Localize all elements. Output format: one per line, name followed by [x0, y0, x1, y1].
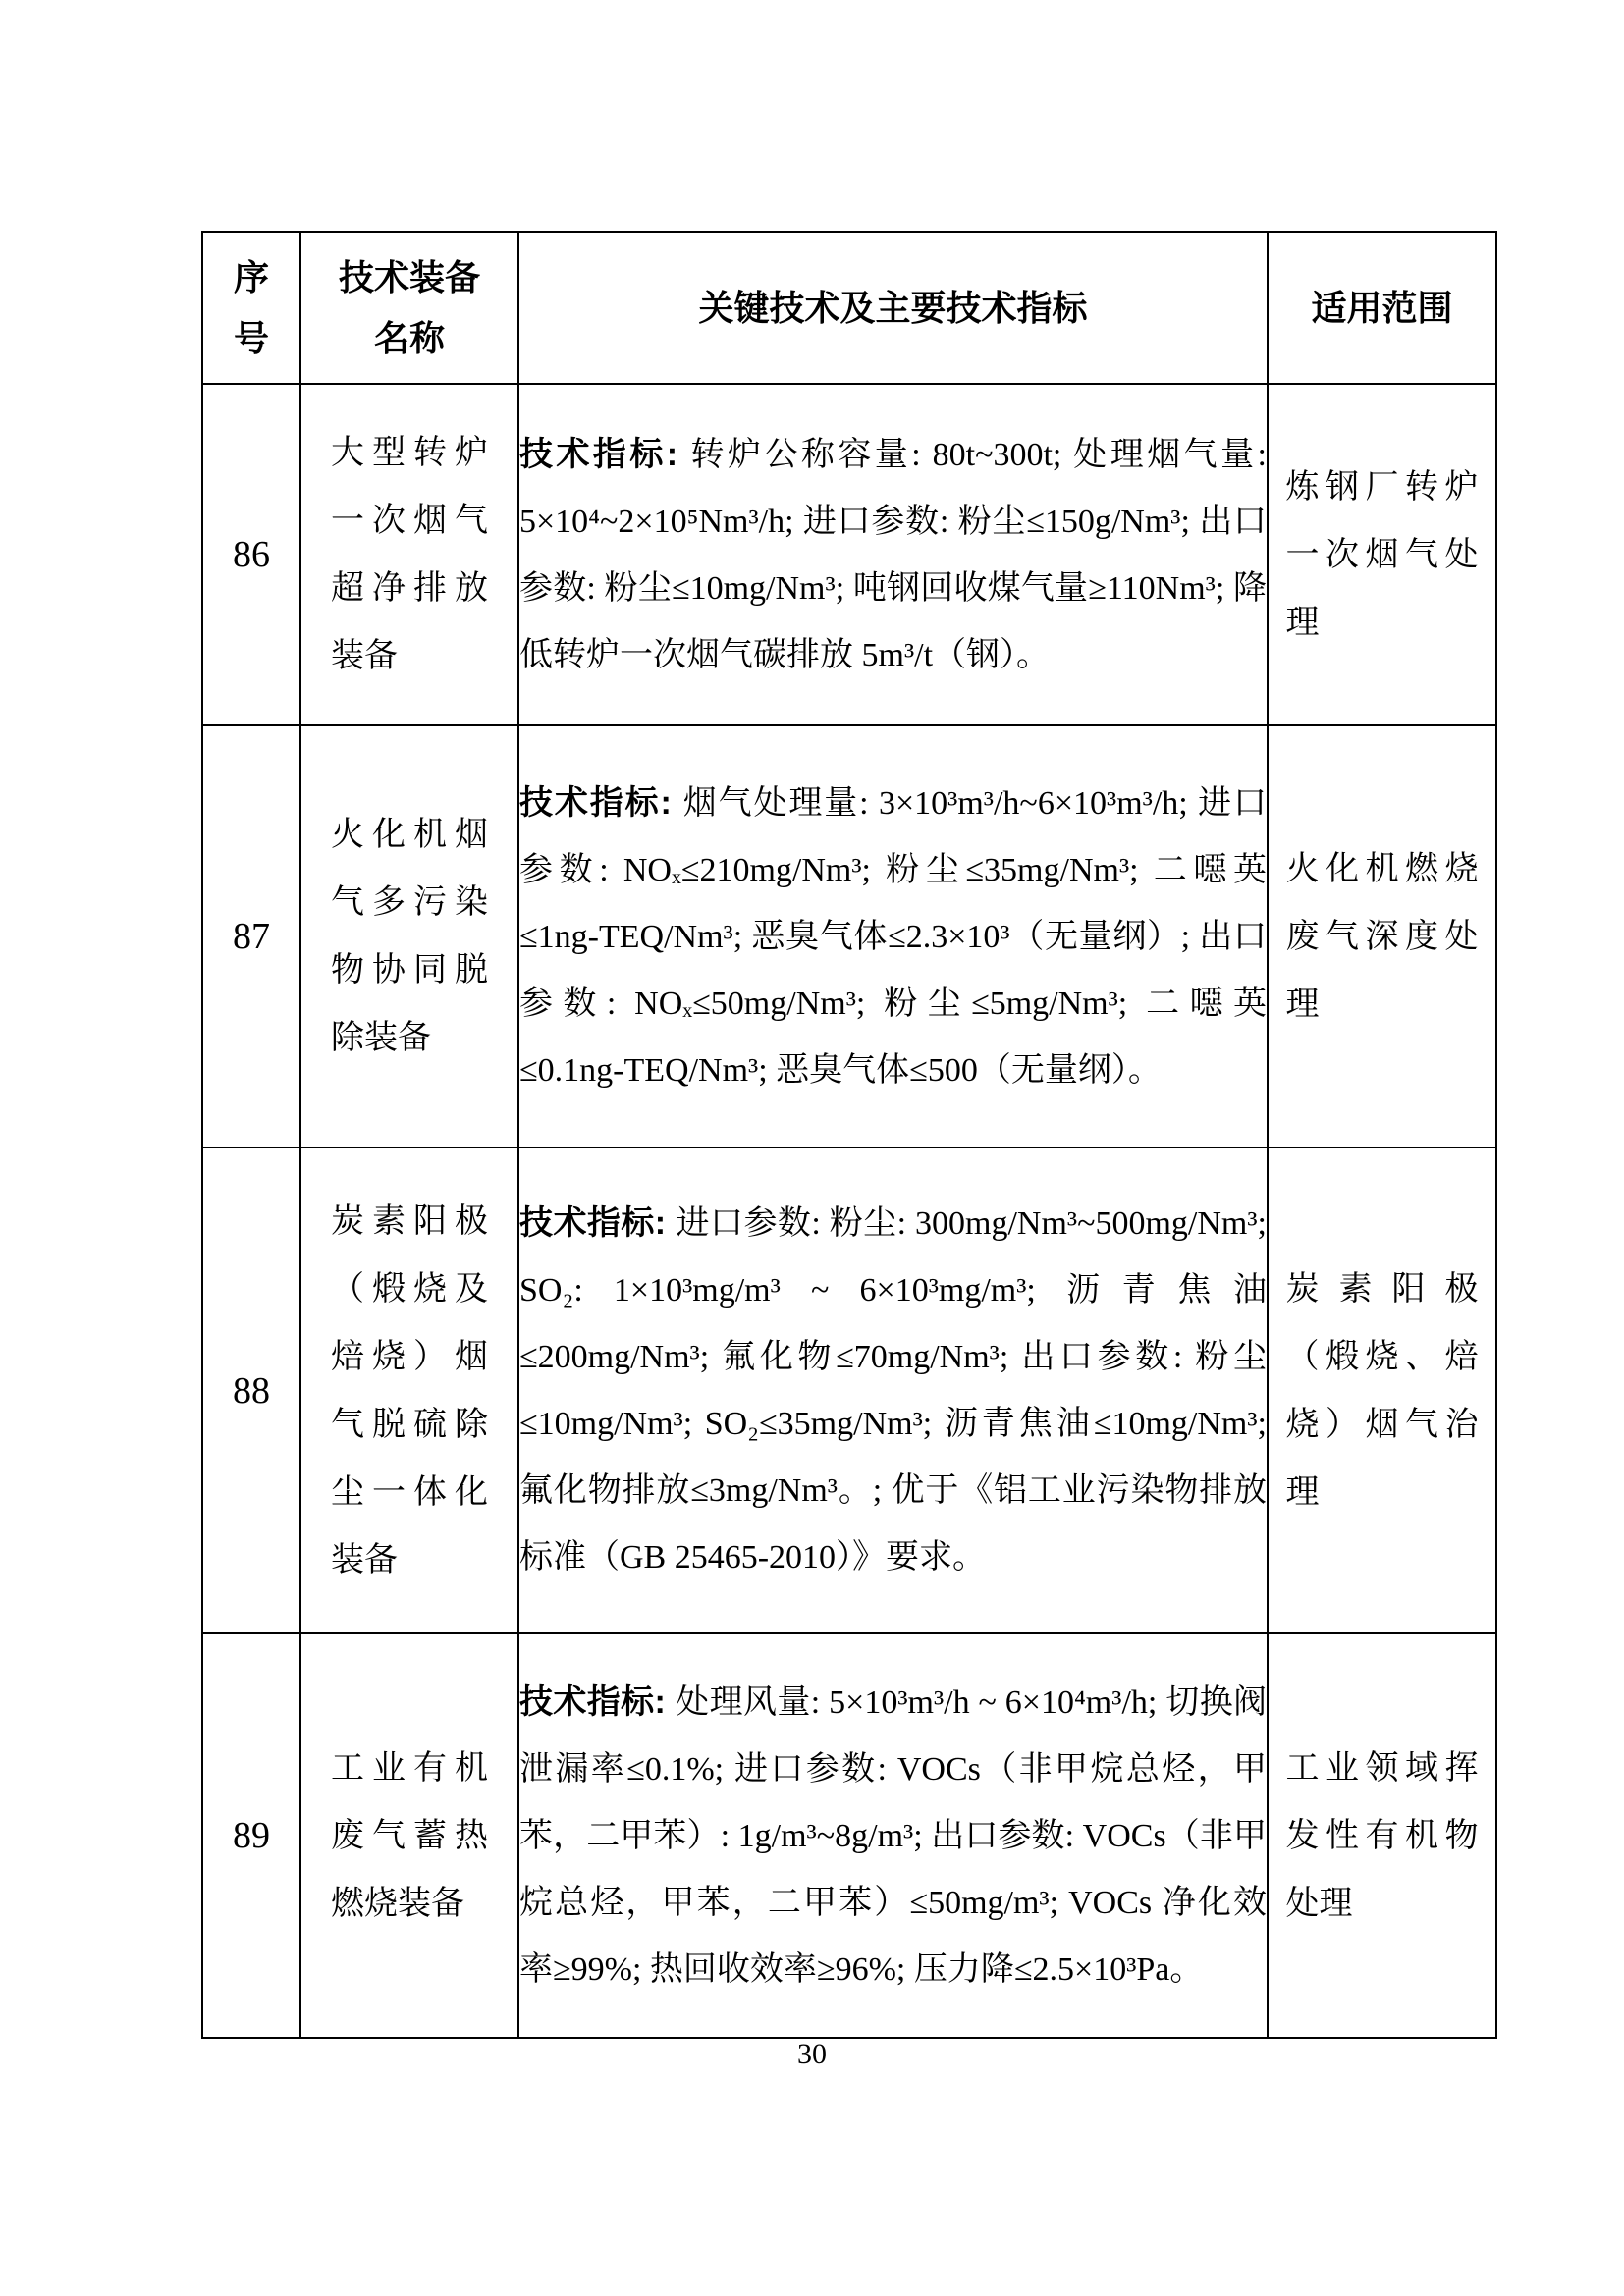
- equipment-name-text: 工业有机废气蓄热燃烧装备: [331, 1735, 488, 1938]
- page-number: 30: [0, 2038, 1624, 2071]
- equipment-name-text: 大型转炉一次烟气超净排放装备: [331, 419, 488, 690]
- indicator-text: 烟气处理量: 3×10³m³/h~6×10³m³/h; 进口参数: NOₓ≤21…: [519, 785, 1267, 1089]
- table-row: 88 炭素阳极（煅烧及焙烧）烟气脱硫除尘一体化装备 技术指标:进口参数: 粉尘:…: [202, 1148, 1496, 1633]
- header-serial: 序号: [202, 232, 300, 384]
- indicator-label: 技术指标:: [519, 436, 677, 473]
- cell-equipment-name: 火化机烟气多污染物协同脱除装备: [300, 725, 518, 1148]
- indicator-text: 进口参数: 粉尘: 300mg/Nm³~500mg/Nm³; SO₂: 1×10…: [519, 1205, 1267, 1575]
- cell-equipment-name: 炭素阳极（煅烧及焙烧）烟气脱硫除尘一体化装备: [300, 1148, 518, 1633]
- scope-text: 炭素阳极（煅烧、焙烧）烟气治理: [1286, 1255, 1479, 1526]
- cell-equipment-name: 大型转炉一次烟气超净排放装备: [300, 384, 518, 725]
- cell-scope: 炭素阳极（煅烧、焙烧）烟气治理: [1268, 1148, 1496, 1633]
- cell-indicators: 技术指标:烟气处理量: 3×10³m³/h~6×10³m³/h; 进口参数: N…: [518, 725, 1268, 1148]
- scope-text: 火化机燃烧废气深度处理: [1286, 835, 1479, 1039]
- scope-text: 工业领域挥发性有机物处理: [1286, 1735, 1479, 1938]
- cell-indicators: 技术指标:进口参数: 粉尘: 300mg/Nm³~500mg/Nm³; SO₂:…: [518, 1148, 1268, 1633]
- scope-text: 炼钢厂转炉一次烟气处理: [1286, 454, 1479, 657]
- table-header-row: 序号 技术装备名称 关键技术及主要技术指标 适用范围: [202, 232, 1496, 384]
- spec-table: 序号 技术装备名称 关键技术及主要技术指标 适用范围 86 大型转炉一次烟气超净…: [201, 231, 1497, 2039]
- header-key-indicators: 关键技术及主要技术指标: [518, 232, 1268, 384]
- indicator-text: 处理风量: 5×10³m³/h ~ 6×10⁴m³/h; 切换阀泄漏率≤0.1%…: [519, 1684, 1267, 1988]
- indicator-label: 技术指标:: [519, 1204, 666, 1242]
- header-equipment-name: 技术装备名称: [300, 232, 518, 384]
- header-serial-label: 序号: [230, 247, 273, 369]
- indicator-label: 技术指标:: [519, 784, 672, 822]
- indicator-label: 技术指标:: [519, 1683, 666, 1721]
- header-equipment-name-label: 技术装备名称: [335, 247, 484, 369]
- cell-equipment-name: 工业有机废气蓄热燃烧装备: [300, 1633, 518, 2038]
- cell-scope: 炼钢厂转炉一次烟气处理: [1268, 384, 1496, 725]
- cell-serial: 86: [202, 384, 300, 725]
- header-scope: 适用范围: [1268, 232, 1496, 384]
- cell-serial: 87: [202, 725, 300, 1148]
- cell-indicators: 技术指标:转炉公称容量: 80t~300t; 处理烟气量: 5×10⁴~2×10…: [518, 384, 1268, 725]
- document-page: 序号 技术装备名称 关键技术及主要技术指标 适用范围 86 大型转炉一次烟气超净…: [0, 0, 1624, 2296]
- equipment-name-text: 炭素阳极（煅烧及焙烧）烟气脱硫除尘一体化装备: [331, 1188, 488, 1594]
- table-row: 89 工业有机废气蓄热燃烧装备 技术指标:处理风量: 5×10³m³/h ~ 6…: [202, 1633, 1496, 2038]
- cell-indicators: 技术指标:处理风量: 5×10³m³/h ~ 6×10⁴m³/h; 切换阀泄漏率…: [518, 1633, 1268, 2038]
- equipment-name-text: 火化机烟气多污染物协同脱除装备: [331, 801, 488, 1072]
- cell-serial: 88: [202, 1148, 300, 1633]
- cell-scope: 火化机燃烧废气深度处理: [1268, 725, 1496, 1148]
- cell-serial: 89: [202, 1633, 300, 2038]
- table-row: 86 大型转炉一次烟气超净排放装备 技术指标:转炉公称容量: 80t~300t;…: [202, 384, 1496, 725]
- cell-scope: 工业领域挥发性有机物处理: [1268, 1633, 1496, 2038]
- table-row: 87 火化机烟气多污染物协同脱除装备 技术指标:烟气处理量: 3×10³m³/h…: [202, 725, 1496, 1148]
